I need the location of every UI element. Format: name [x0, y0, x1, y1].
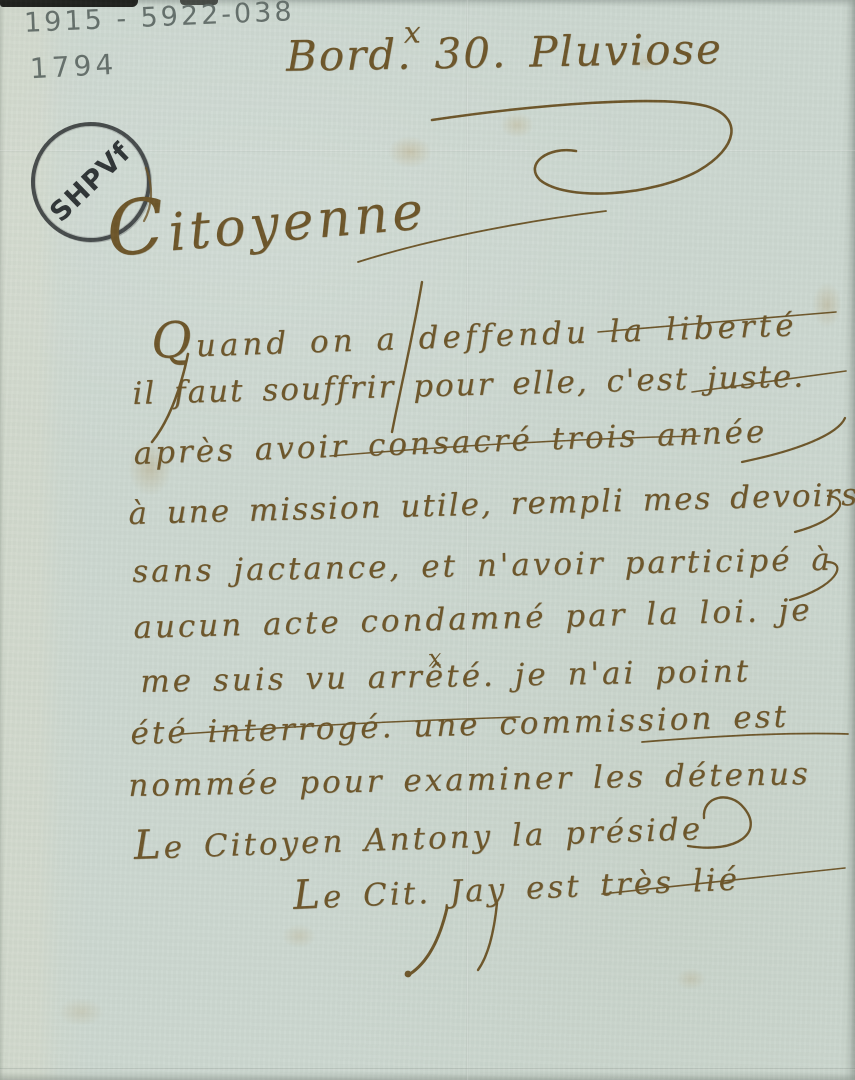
dateline-place: Bord.	[286, 30, 413, 81]
body-line-1: Quand on a deffendu la liberté	[150, 289, 798, 370]
insert-mark: x	[403, 15, 423, 50]
body-line-8: été interrogé. une commission est	[130, 699, 789, 752]
body-line-7: me suis vu arrêté. je n'ai point	[140, 653, 751, 700]
body-line-9: nommée pour examiner les détenus	[128, 756, 811, 804]
dateline-month: Pluviose	[529, 24, 723, 76]
foxing-spot	[500, 112, 534, 138]
flourish-ink-dot	[405, 971, 412, 978]
body-line-11: Le Cit. Jay est très lié	[292, 852, 741, 918]
pencil-catalog-number: 1915 - 5922-038	[23, 0, 295, 39]
horizontal-fold-crease-bottom	[0, 1068, 855, 1070]
foxing-spot	[58, 998, 104, 1026]
insert-mark: x	[427, 644, 442, 673]
flourish-jay-descender-1	[410, 908, 447, 974]
body-line-5: sans jactance, et n'avoir participé à	[132, 542, 833, 590]
salutation: Citoyenne	[103, 158, 430, 274]
letter-page: 1915 - 5922-038 1794 SHPVf Bord.x30.Pluv…	[0, 0, 855, 1080]
body-line-6: aucun acte condamné par la loi. je	[133, 592, 813, 646]
body-line-4: à une mission utile, rempli mes devoirs	[128, 477, 855, 532]
body-line-3: après avoir consacré trois année	[133, 414, 768, 472]
foxing-spot	[676, 968, 706, 990]
dateline-day: 30.	[434, 28, 508, 78]
foxing-spot	[812, 282, 842, 328]
flourish-jay-descender-2	[478, 903, 497, 970]
flourish-dateline-loop	[432, 101, 731, 193]
pencil-year-annotation: 1794	[29, 48, 118, 86]
dateline: Bord.x30.Pluviose	[286, 24, 724, 81]
foxing-spot	[282, 924, 316, 948]
vertical-fold-crease	[466, 0, 469, 1080]
